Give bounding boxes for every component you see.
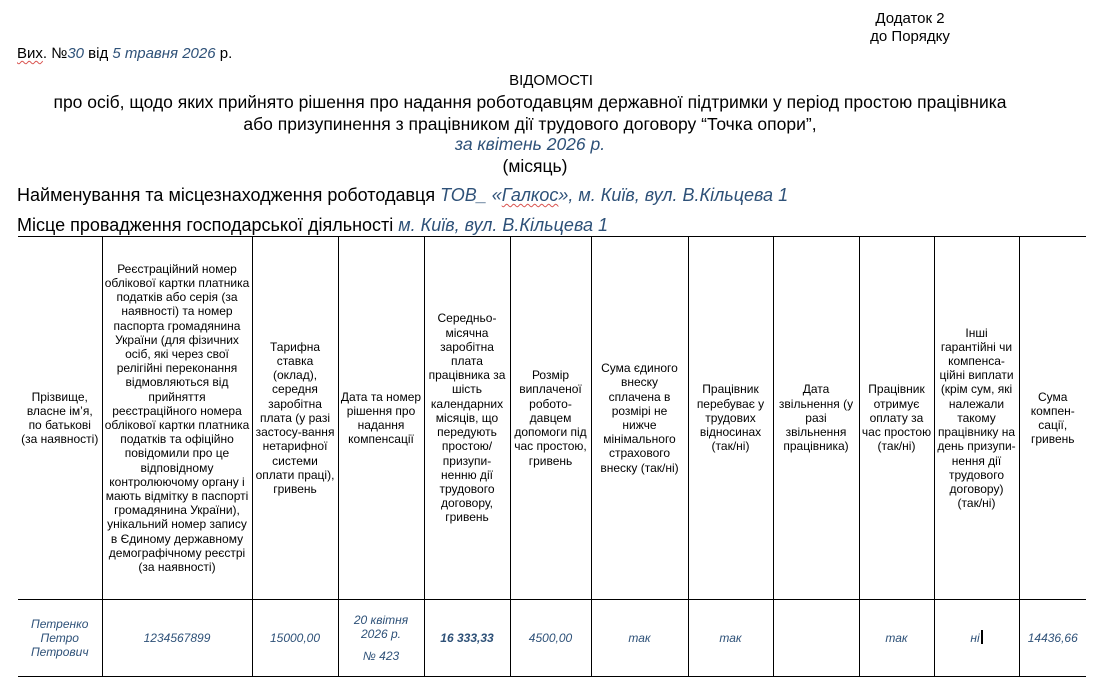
- header-other-payments: Інші гарантійні чи компенса-ційні виплат…: [934, 237, 1019, 600]
- document-heading: ВІДОМОСТІ: [0, 72, 1102, 90]
- header-compensation: Сума компен-сації, гривень: [1019, 237, 1086, 600]
- document-title-line-1: про осіб, щодо яких прийнято рішення про…: [0, 92, 1060, 112]
- report-period-caption: (місяць): [0, 156, 1070, 176]
- cell-other-payments[interactable]: ні: [934, 600, 1019, 677]
- cell-other-payments-value: ні: [970, 631, 979, 645]
- outgoing-number-sign: . №: [43, 45, 67, 62]
- business-place-value[interactable]: м. Київ, вул. В.Кільцева 1: [398, 215, 608, 235]
- header-decision-date: Дата та номер рішення про надання компен…: [338, 237, 424, 600]
- cell-tariff-rate[interactable]: 15000,00: [252, 600, 338, 677]
- header-employed: Працівник перебуває у трудових відносина…: [688, 237, 773, 600]
- employer-value-name: Галкос: [502, 185, 559, 205]
- header-full-name: Прізвище, власне ім’я, по батькові (за н…: [18, 237, 102, 600]
- cell-decision-date: 20 квітня 2026 р.: [354, 613, 408, 641]
- employees-table: Прізвище, власне ім’я, по батькові (за н…: [18, 236, 1086, 677]
- employer-value-suffix: », м. Київ, вул. В.Кільцева 1: [558, 185, 788, 205]
- business-place-label: Місце провадження господарської діяльнос…: [17, 215, 398, 235]
- cell-esv-paid[interactable]: так: [591, 600, 688, 677]
- cell-full-name[interactable]: Петренко Петро Петрович: [18, 600, 102, 677]
- appendix-line-2: до Порядку: [830, 28, 990, 46]
- header-esv-paid: Сума єдиного внеску сплачена в розмірі н…: [591, 237, 688, 600]
- cell-idle-pay[interactable]: так: [859, 600, 934, 677]
- business-place-line: Місце провадження господарської діяльнос…: [17, 214, 608, 236]
- cell-dismissal-date[interactable]: [773, 600, 859, 677]
- employer-label: Найменування та місцезнаходження роботод…: [17, 185, 440, 205]
- cell-decision-number: № 423: [363, 649, 399, 663]
- cell-tax-id[interactable]: 1234567899: [102, 600, 252, 677]
- outgoing-date[interactable]: 5 травня 2026: [112, 45, 215, 62]
- employer-value-prefix: ТОВ_ «: [440, 185, 502, 205]
- header-tariff-rate: Тарифна ставка (оклад), середня заробітн…: [252, 237, 338, 600]
- cell-aid-paid[interactable]: 4500,00: [510, 600, 591, 677]
- document-title-line-2: або призупинення з працівником дії трудо…: [0, 114, 1060, 134]
- header-tax-id: Реєстраційний номер облікової картки пла…: [102, 237, 252, 600]
- appendix-line-1: Додаток 2: [830, 10, 990, 28]
- table-header-row: Прізвище, власне ім’я, по батькові (за н…: [18, 237, 1086, 600]
- header-avg-salary: Середньо-місячна заробітна плата працівн…: [424, 237, 510, 600]
- appendix-label: Додаток 2 до Порядку: [830, 10, 990, 46]
- cell-compensation[interactable]: 14436,66: [1019, 600, 1086, 677]
- cell-decision[interactable]: 20 квітня 2026 р. № 423: [338, 600, 424, 677]
- outgoing-reference: Вих. №30 від 5 травня 2026 р.: [17, 45, 232, 63]
- header-idle-pay: Працівник отримує оплату за час простою …: [859, 237, 934, 600]
- outgoing-prefix: Вих: [17, 45, 43, 62]
- cell-employed[interactable]: так: [688, 600, 773, 677]
- text-cursor: [981, 630, 983, 644]
- employer-value[interactable]: ТОВ_ «Галкос», м. Київ, вул. В.Кільцева …: [440, 185, 788, 205]
- report-period[interactable]: за квітень 2026 р.: [0, 134, 1060, 154]
- outgoing-suffix: р.: [216, 45, 233, 62]
- header-dismissal-date: Дата звільнення (у разі звільнення праці…: [773, 237, 859, 600]
- cell-avg-salary[interactable]: 16 333,33: [424, 600, 510, 677]
- employer-line: Найменування та місцезнаходження роботод…: [17, 184, 788, 206]
- outgoing-from: від: [84, 45, 112, 62]
- header-aid-paid: Розмір виплаченої робото-давцем допомоги…: [510, 237, 591, 600]
- table-row: Петренко Петро Петрович 1234567899 15000…: [18, 600, 1086, 677]
- outgoing-number[interactable]: 30: [67, 45, 84, 62]
